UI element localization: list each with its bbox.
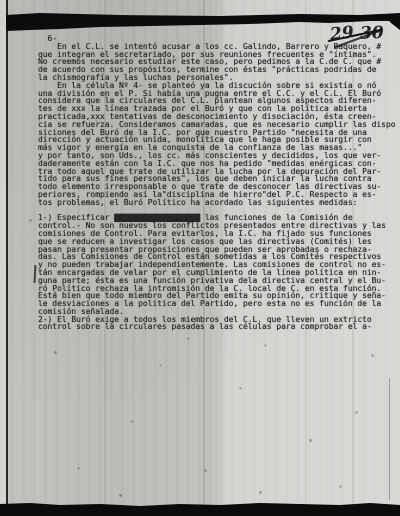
typewritten-text: 6- En el C.L. se intentó acusar a los cc… bbox=[38, 35, 395, 331]
scan-edge-bottom bbox=[0, 496, 400, 516]
scanned-page: 6- En el C.L. se intentó acusar a los cc… bbox=[0, 0, 400, 516]
scan-edge-top bbox=[0, 0, 400, 40]
page-edge-line bbox=[6, 0, 8, 516]
paper-edge-line bbox=[389, 378, 390, 500]
